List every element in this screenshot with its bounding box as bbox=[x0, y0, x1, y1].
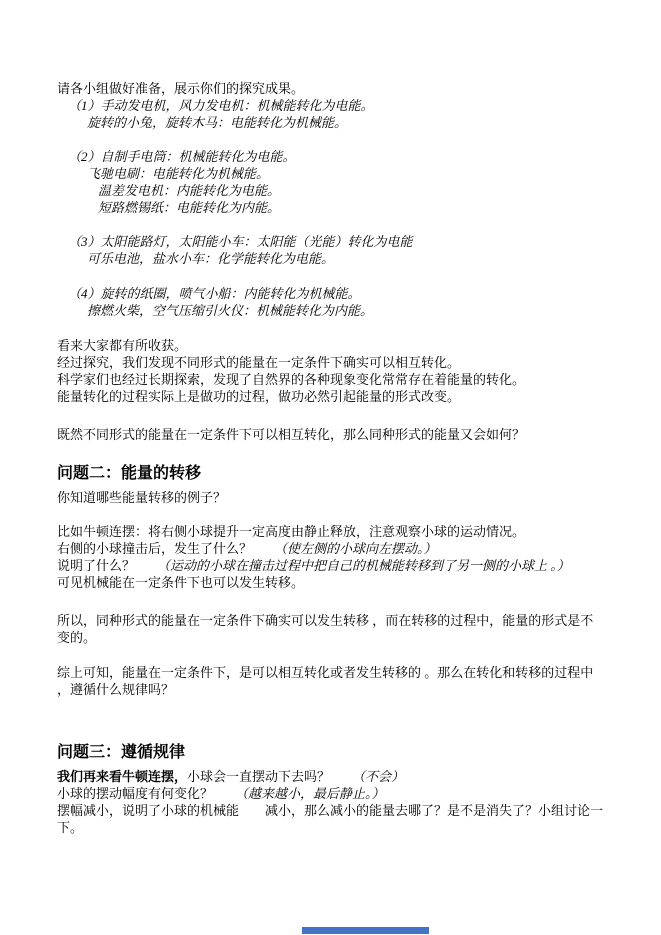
bottom-accent-bar bbox=[302, 927, 429, 934]
summary-line: 看来大家都有所收获。 bbox=[57, 337, 604, 354]
section3-qa-amplitude: 小球的摆动幅度有何变化？（越来越小，最后静止。） bbox=[57, 785, 604, 802]
summary-line: 经过探究，我们发现不同形式的能量在一定条件下确实可以相互转化。 bbox=[57, 354, 604, 371]
lead-bold-text: 我们再来看牛顿连摆， bbox=[57, 769, 187, 784]
intro-paragraph: 请各小组做好准备，展示你们的探究成果。 bbox=[57, 80, 604, 97]
answer-italic: （越来越小，最后静止。） bbox=[235, 786, 385, 801]
section2-question-examples: 你知道哪些能量转移的例子？ bbox=[57, 489, 604, 506]
section2-overall: 综上可知，能量在一定条件下，是可以相互转化或者发生转移的 。那么在转化和转移的过… bbox=[57, 664, 604, 698]
answer-italic: （运动的小球在撞击过程中把自己的机械能转移到了另一侧的小球上 。） bbox=[157, 558, 570, 573]
section2-qa-after-hit: 右侧的小球撞击后，发生了什么？（使左侧的小球向左摆动。） bbox=[57, 540, 604, 557]
answer-group-4: （4）旋转的纸圈，喷气小船：内能转化为机械能。 擦燃火柴，空气压缩引火仪：机械能… bbox=[57, 285, 604, 319]
answer-group-2: （2）自制手电筒：机械能转化为电能。 飞驰电刷：电能转化为机械能。 温差发电机：… bbox=[57, 148, 604, 216]
section3-heading: 问题三：遵循规律 bbox=[57, 742, 604, 764]
transition-paragraph: 既然不同形式的能量在一定条件下可以相互转化，那么同种形式的能量又会如何？ bbox=[57, 426, 604, 443]
answer-line: （4）旋转的纸圈，喷气小船：内能转化为机械能。 bbox=[68, 285, 604, 302]
answer-line: 可乐电池，盐水小车：化学能转化为电能。 bbox=[87, 250, 604, 267]
intro-text: 请各小组做好准备，展示你们的探究成果。 bbox=[57, 81, 304, 96]
answer-line: 飞驰电刷：电能转化为机械能。 bbox=[87, 165, 604, 182]
section2-conclusion-transfer: 可见机械能在一定条件下也可以发生转移。 bbox=[57, 574, 604, 591]
section2-conclusion-same-form: 所以，同种形式的能量在一定条件下确实可以发生转移 ，而在转移的过程中，能量的形式… bbox=[57, 612, 604, 646]
answer-line: （3）太阳能路灯，太阳能小车：太阳能（光能）转化为电能 bbox=[68, 233, 604, 250]
answer-italic: （不会） bbox=[352, 769, 404, 784]
answer-line: 温差发电机：内能转化为电能。 bbox=[98, 182, 604, 199]
answer-italic: （使左侧的小球向左摆动。） bbox=[274, 541, 437, 556]
answer-line: （1）手动发电机，风力发电机：机械能转化为电能。 bbox=[68, 97, 604, 114]
section3-discussion: 摆幅减小，说明了小球的机械能减小，那么减小的能量去哪了？是不是消失了？小组讨论一… bbox=[57, 802, 604, 836]
summary-line: 能量转化的过程实际上是做功的过程，做功必然引起能量的形式改变。 bbox=[57, 388, 604, 405]
section2-heading: 问题二：能量的转移 bbox=[57, 463, 604, 485]
section3-qa-keep-swinging: 我们再来看牛顿连摆，小球会一直摆动下去吗？（不会） bbox=[57, 768, 604, 785]
summary-line: 科学家们也经过长期探索，发现了自然界的各种现象变化常常存在着能量的转化。 bbox=[57, 371, 604, 388]
answer-line: （2）自制手电筒：机械能转化为电能。 bbox=[68, 148, 604, 165]
answer-line: 短路燃锡纸：电能转化为内能。 bbox=[98, 199, 604, 216]
summary-block: 看来大家都有所收获。 经过探究，我们发现不同形式的能量在一定条件下确实可以相互转… bbox=[57, 337, 604, 405]
answer-group-3: （3）太阳能路灯，太阳能小车：太阳能（光能）转化为电能 可乐电池，盐水小车：化学… bbox=[57, 233, 604, 267]
answer-group-1: （1）手动发电机，风力发电机：机械能转化为电能。 旋转的小兔，旋转木马：电能转化… bbox=[57, 97, 604, 131]
document-page: 请各小组做好准备，展示你们的探究成果。 （1）手动发电机，风力发电机：机械能转化… bbox=[0, 0, 661, 935]
section2-demo: 比如牛顿连摆：将右侧小球提升一定高度由静止释放，注意观察小球的运动情况。 bbox=[57, 523, 604, 540]
answer-line: 旋转的小兔，旋转木马：电能转化为机械能。 bbox=[87, 114, 604, 131]
section2-qa-meaning: 说明了什么？（运动的小球在撞击过程中把自己的机械能转移到了另一侧的小球上 。） bbox=[57, 557, 604, 574]
answer-line: 擦燃火柴，空气压缩引火仪：机械能转化为内能。 bbox=[87, 302, 604, 319]
